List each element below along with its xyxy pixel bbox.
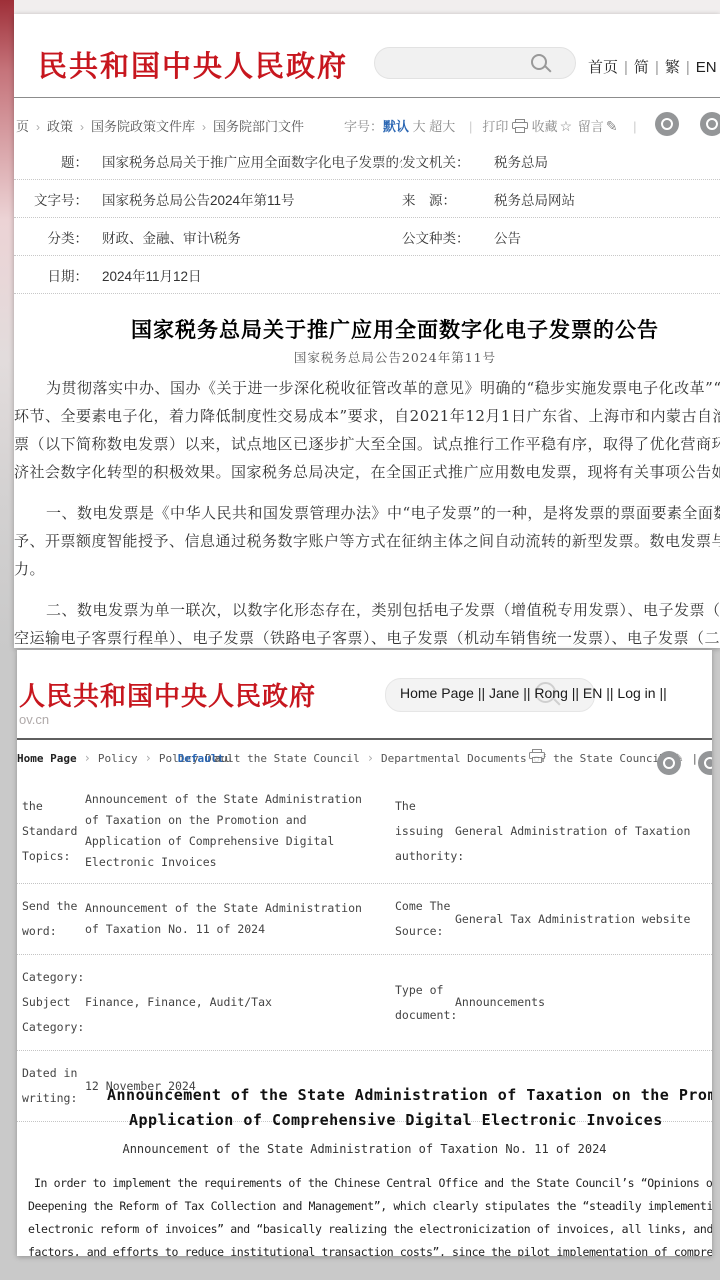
meta-label: 来 源： [402,189,480,209]
breadcrumb-dept-docs[interactable]: 国务院部门文件 [213,119,304,134]
meta-label: 题： [28,151,88,171]
gov-domain: ov.cn [19,712,49,727]
table-row: Category: Subject Category: Finance, Fin… [17,955,712,1051]
gov-logo-en[interactable]: 人民共和国中央人民政府 [19,676,316,713]
meta-label: Send the word: [22,894,85,944]
paragraph: 为贯彻落实中办、国办《关于进一步深化税收征管改革的意见》明确的“稳步实施发票电子… [14,374,720,486]
chevron-icon: › [360,751,381,765]
breadcrumb-toolbar-row: 页›政策›国务院政策文件库›国务院部门文件 字号：默认 大 超大 |打印 收藏☆… [14,111,720,139]
chevron-icon: › [77,751,98,765]
table-row: 分类： 财政、金融、审计\税务 公文种类： 公告 [14,218,720,256]
search-icon[interactable] [531,54,547,70]
breadcrumb-library-garbled[interactable]: Policy DocuDefaultault the State Council [159,752,360,765]
meta-label: Come The Source: [395,894,455,944]
font-default-button[interactable]: 默认 [383,119,409,134]
breadcrumb: 页›政策›国务院政策文件库›国务院部门文件 [16,116,304,135]
nav-english-link[interactable]: EN [696,59,717,76]
table-row: 题： 国家税务总局关于推广应用全面数字化电子发票的公告 发文机关： 税务总局 [14,142,720,180]
meta-value: 公告 [480,227,720,247]
page-edge-gradient [0,0,14,650]
print-button[interactable]: 打印 [482,119,508,134]
printer-icon [529,749,545,763]
english-page: 人民共和国中央人民政府 ov.cn Home Page || Jane || R… [17,650,712,1256]
share-icon[interactable] [698,751,712,775]
table-row: Send the word: Announcement of the State… [17,884,712,955]
table-row: 日期： 2024年11月12日 [14,256,720,294]
meta-value: Announcement of the State Administration… [85,789,395,873]
font-size-label: 字号： [344,119,383,134]
paragraph: 二、数电发票为单一联次，以数字化形态存在，类别包括电子发票（增值税专用发票）、电… [14,596,720,648]
pencil-icon[interactable]: ✎ [604,118,620,134]
document-meta-table: 题： 国家税务总局关于推广应用全面数字化电子发票的公告 发文机关： 税务总局 文… [14,142,720,294]
share-icon[interactable] [655,112,679,136]
table-row: the Standard Topics: Announcement of the… [17,779,712,884]
chevron-icon: › [195,120,213,134]
breadcrumb-home[interactable]: Home Page [17,752,77,765]
meta-label: 文字号： [28,189,88,209]
top-nav-en[interactable]: Home Page || Jane || Rong || EN || Log i… [400,685,667,701]
meta-value: 财政、金融、审计\税务 [88,227,402,247]
meta-value: 税务总局网站 [480,189,720,209]
meta-value: 2024年11月12日 [88,265,402,285]
breadcrumb-home[interactable]: 页 [16,119,29,134]
meta-value: 国家税务总局关于推广应用全面数字化电子发票的公告 [88,151,402,171]
search-input[interactable] [374,47,576,79]
breadcrumb-toolbar-row: Home Page›Policy›Policy DocuDefaultault … [17,750,712,776]
document-body-zh: 为贯彻落实中办、国办《关于进一步深化税收征管改革的意见》明确的“稳步实施发票电子… [14,374,720,648]
font-large-button[interactable]: 大 [413,119,426,134]
nav-home-link[interactable]: 首页 [588,59,618,76]
comment-button[interactable]: 留言 [578,119,604,134]
table-row: 文字号： 国家税务总局公告2024年第11号 来 源： 税务总局网站 [14,180,720,218]
meta-value: Finance, Finance, Audit/Tax [85,992,395,1013]
share-icon[interactable] [700,112,720,136]
meta-value: General Tax Administration website [455,909,712,930]
gov-logo-zh[interactable]: 民共和国中央人民政府 [38,44,348,85]
chevron-icon: › [73,120,91,134]
meta-label: The issuing authority: [395,794,455,869]
top-nav-zh: 首页|简|繁|EN [588,56,717,77]
chevron-icon: › [138,751,159,765]
nav-simplified-link[interactable]: 简 [634,59,649,76]
meta-value: 国家税务总局公告2024年第11号 [88,189,402,209]
breadcrumb-policy[interactable]: 政策 [47,119,73,134]
meta-label: 公文种类： [402,227,480,247]
document-subtitle-zh: 国家税务总局公告2024年第11号 [70,348,720,366]
meta-label: 分类： [28,227,88,247]
breadcrumb-dept-docs[interactable]: Departmental Documents of the State Coun… [381,752,666,765]
meta-label: the Standard Topics: [22,794,85,869]
meta-label: Dated in writing: [22,1061,85,1111]
meta-value: General Administration of Taxation [455,821,712,842]
printer-icon[interactable] [512,119,528,133]
document-title-zh: 国家税务总局关于推广应用全面数字化电子发票的公告 [70,314,720,344]
chinese-page: 民共和国中央人民政府 首页|简|繁|EN 页›政策›国务院政策文件库›国务院部门… [14,14,720,648]
document-body-en: In order to implement the requirements o… [28,1172,712,1256]
document-meta-table: the Standard Topics: Announcement of the… [17,779,712,1122]
meta-value: Announcements [455,992,712,1013]
font-xlarge-button[interactable]: 超大 [429,119,455,134]
meta-value: Announcement of the State Administration… [85,898,395,940]
document-subtitle-en: Announcement of the State Administration… [17,1142,712,1156]
meta-label: 日期： [28,265,88,285]
star-icon[interactable]: ☆ [558,118,575,134]
meta-label: Category: Subject Category: [22,965,85,1040]
breadcrumb-library[interactable]: 国务院政策文件库 [91,119,195,134]
meta-label: 发文机关： [402,151,480,171]
meta-value: 税务总局 [480,151,720,171]
meta-label: Type of document: [395,978,455,1028]
top-background-band [14,0,720,14]
page-toolbar: 字号：默认 大 超大 |打印 收藏☆ 留言✎ | [344,116,647,135]
header-divider [17,738,712,740]
nav-traditional-link[interactable]: 繁 [665,59,680,76]
breadcrumb-policy[interactable]: Policy [98,752,138,765]
chevron-icon: › [29,120,47,134]
paragraph: 一、数电发票是《中华人民共和国发票管理办法》中“电子发票”的一种，是将发票的票面… [14,499,720,583]
header-divider [14,97,720,98]
favorite-button[interactable]: 收藏 [532,119,558,134]
share-icon[interactable] [657,751,681,775]
